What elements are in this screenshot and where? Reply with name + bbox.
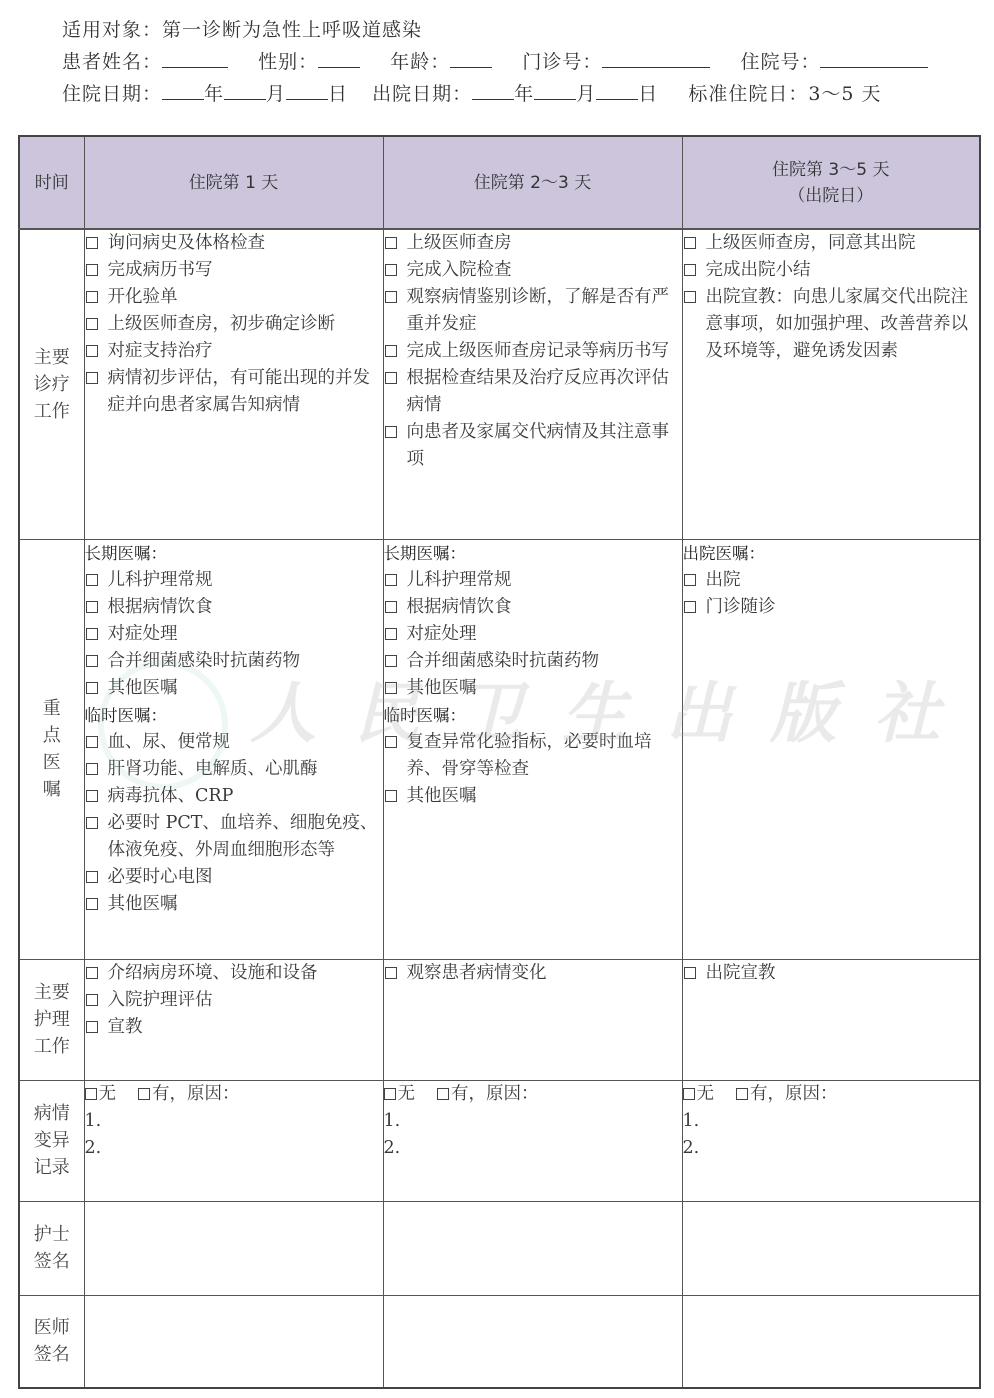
checklist-item[interactable]: 合并细菌感染时抗菌药物 — [85, 648, 383, 675]
checklist-item[interactable]: 合并细菌感染时抗菌药物 — [384, 648, 682, 675]
checklist-item[interactable]: 门诊随诊 — [683, 594, 980, 621]
checkbox-icon[interactable] — [384, 1088, 396, 1100]
admission-month-field[interactable] — [224, 79, 266, 100]
checkbox-icon[interactable] — [437, 1088, 449, 1100]
checklist-item[interactable]: 上级医师查房 — [384, 230, 682, 257]
diagnosis-day1: 询问病史及体格检查 完成病历书写 开化验单 上级医师查房，初步确定诊断 对症支持… — [84, 229, 383, 539]
checkbox-icon[interactable] — [684, 291, 696, 303]
checklist-item[interactable]: 病毒抗体、CRP — [85, 783, 383, 810]
nurse-signature-day1[interactable] — [84, 1201, 383, 1295]
outpatient-no-label: 门诊号： — [522, 46, 602, 78]
checklist-item[interactable]: 根据病情饮食 — [85, 594, 383, 621]
checkbox-icon[interactable] — [86, 264, 98, 276]
orders-day3: 出院医嘱： 出院 门诊随诊 — [682, 539, 980, 959]
variation-line-1[interactable]: 1. — [683, 1108, 980, 1135]
checklist-item[interactable]: 对症支持治疗 — [85, 338, 383, 365]
checklist-item[interactable]: 其他医嘱 — [85, 891, 383, 918]
patient-name-field[interactable] — [162, 47, 228, 68]
checklist-item[interactable]: 其他医嘱 — [384, 675, 682, 702]
checkbox-icon[interactable] — [684, 264, 696, 276]
variation-options: 无有，原因： — [683, 1081, 980, 1108]
doctor-signature-day2[interactable] — [383, 1295, 682, 1388]
checklist-item[interactable]: 观察患者病情变化 — [384, 960, 682, 987]
patient-name-label: 患者姓名： — [62, 46, 162, 78]
checkbox-icon[interactable] — [684, 237, 696, 249]
checklist-item[interactable]: 完成上级医师查房记录等病历书写 — [384, 338, 682, 365]
checklist-item[interactable]: 其他医嘱 — [85, 675, 383, 702]
pathway-intro: 适用对象：第一诊断为急性上呼吸道感染 患者姓名： 性别： 年龄： 门诊号： 住院… — [62, 14, 928, 110]
variation-line-2[interactable]: 2. — [683, 1135, 980, 1162]
diagnosis-day2: 上级医师查房 完成入院检查 观察病情鉴别诊断，了解是否有严重并发症 完成上级医师… — [383, 229, 682, 539]
checkbox-icon[interactable] — [385, 736, 397, 748]
checkbox-icon[interactable] — [385, 790, 397, 802]
checklist-item[interactable]: 出院宣教：向患儿家属交代出院注意事项，如加强护理、改善营养以及环境等，避免诱发因… — [683, 284, 980, 365]
checkbox-icon[interactable] — [86, 967, 98, 979]
row-label-nursing: 主要 护理 工作 — [19, 959, 84, 1080]
checkbox-icon[interactable] — [385, 372, 397, 384]
checkbox-icon[interactable] — [86, 345, 98, 357]
checkbox-icon[interactable] — [385, 601, 397, 613]
variation-none-option[interactable]: 无 — [683, 1081, 715, 1108]
variation-yes-option[interactable]: 有，原因： — [437, 1084, 539, 1104]
orders-day1: 长期医嘱： 儿科护理常规 根据病情饮食 对症处理 合并细菌感染时抗菌药物 其他医… — [84, 539, 383, 959]
checkbox-icon[interactable] — [86, 790, 98, 802]
checklist-item[interactable]: 儿科护理常规 — [85, 567, 383, 594]
discharge-date-label: 出院日期： — [372, 78, 472, 110]
checklist-item[interactable]: 开化验单 — [85, 284, 383, 311]
checklist-item[interactable]: 根据病情饮食 — [384, 594, 682, 621]
age-field[interactable] — [450, 47, 492, 68]
day-label: 日 — [638, 83, 658, 105]
checklist-item[interactable]: 病情初步评估，有可能出现的并发症并向患者家属告知病情 — [85, 365, 383, 419]
checklist-item[interactable]: 出院 — [683, 567, 980, 594]
standard-stay: 标准住院日：3～5 天 — [688, 78, 881, 110]
admission-day-field[interactable] — [286, 79, 328, 100]
row-orders: 重 点 医 嘱 长期医嘱： 儿科护理常规 根据病情饮食 对症处理 合并细菌感染时… — [19, 539, 980, 959]
discharge-day-field[interactable] — [596, 79, 638, 100]
discharge-year-field[interactable] — [472, 79, 514, 100]
checkbox-icon[interactable] — [385, 655, 397, 667]
checklist-item[interactable]: 肝肾功能、电解质、心肌酶 — [85, 756, 383, 783]
checkbox-icon[interactable] — [385, 682, 397, 694]
checkbox-icon[interactable] — [86, 898, 98, 910]
doctor-signature-day3[interactable] — [682, 1295, 980, 1388]
checklist-item[interactable]: 其他医嘱 — [384, 783, 682, 810]
checkbox-icon[interactable] — [385, 426, 397, 438]
header-day1: 住院第 1 天 — [84, 136, 383, 229]
checkbox-icon[interactable] — [86, 871, 98, 883]
sex-field[interactable] — [318, 47, 360, 68]
checkbox-icon[interactable] — [86, 318, 98, 330]
checklist-item[interactable]: 完成入院检查 — [384, 257, 682, 284]
checklist-item[interactable]: 上级医师查房，同意其出院 — [683, 230, 980, 257]
checklist-item[interactable]: 介绍病房环境、设施和设备 — [85, 960, 383, 987]
checklist-item[interactable]: 完成病历书写 — [85, 257, 383, 284]
header-day3: 住院第 3～5 天 （出院日） — [682, 136, 980, 229]
nursing-day1: 介绍病房环境、设施和设备 入院护理评估 宣教 — [84, 959, 383, 1080]
orders-day2: 长期医嘱： 儿科护理常规 根据病情饮食 对症处理 合并细菌感染时抗菌药物 其他医… — [383, 539, 682, 959]
row-label-doctor-signature: 医师 签名 — [19, 1295, 84, 1388]
checklist-item[interactable]: 儿科护理常规 — [384, 567, 682, 594]
checkbox-icon[interactable] — [385, 574, 397, 586]
row-nurse-signature: 护士 签名 — [19, 1201, 980, 1295]
nursing-day3: 出院宣教 — [682, 959, 980, 1080]
checklist-item[interactable]: 上级医师查房，初步确定诊断 — [85, 311, 383, 338]
nurse-signature-day2[interactable] — [383, 1201, 682, 1295]
checkbox-icon[interactable] — [86, 763, 98, 775]
checkbox-icon[interactable] — [683, 1088, 695, 1100]
row-variation: 病情 变异 记录 无有，原因： 1. 2. 无有，原因： 1. 2. 无有，原因… — [19, 1080, 980, 1201]
row-label-variation: 病情 变异 记录 — [19, 1080, 84, 1201]
variation-line-2[interactable]: 2. — [384, 1135, 682, 1162]
checkbox-icon[interactable] — [86, 628, 98, 640]
checkbox-icon[interactable] — [86, 1021, 98, 1033]
temporary-orders-title: 临时医嘱： — [384, 702, 682, 729]
month-label: 月 — [576, 83, 596, 105]
header-day3-subtitle: （出院日） — [683, 183, 980, 209]
sex-label: 性别： — [258, 46, 318, 78]
variation-day3: 无有，原因： 1. 2. — [682, 1080, 980, 1201]
clinical-pathway-table: 时间 住院第 1 天 住院第 2～3 天 住院第 3～5 天 （出院日） 主要 … — [18, 135, 981, 1389]
row-label-diagnosis: 主要 诊疗 工作 — [19, 229, 84, 539]
checkbox-icon[interactable] — [385, 264, 397, 276]
day-label: 日 — [328, 83, 348, 105]
checkbox-icon[interactable] — [385, 237, 397, 249]
long-term-orders-title: 长期医嘱： — [384, 540, 682, 567]
doctor-signature-day1[interactable] — [84, 1295, 383, 1388]
checklist-item[interactable]: 复查异常化验指标，必要时血培养、骨穿等检查 — [384, 729, 682, 783]
variation-options: 无有，原因： — [85, 1081, 383, 1108]
nursing-day2: 观察患者病情变化 — [383, 959, 682, 1080]
checkbox-icon[interactable] — [684, 574, 696, 586]
checklist-item[interactable]: 出院宣教 — [683, 960, 980, 987]
checkbox-icon[interactable] — [385, 345, 397, 357]
admission-date-label: 住院日期： — [62, 78, 162, 110]
discharge-orders-title: 出院医嘱： — [683, 540, 980, 567]
applicable-line: 适用对象：第一诊断为急性上呼吸道感染 — [62, 14, 928, 46]
checklist-item[interactable]: 必要时 PCT、血培养、细胞免疫、体液免疫、外周血细胞形态等 — [85, 810, 383, 864]
checklist-item[interactable]: 观察病情鉴别诊断，了解是否有严重并发症 — [384, 284, 682, 338]
header-row: 时间 住院第 1 天 住院第 2～3 天 住院第 3～5 天 （出院日） — [19, 136, 980, 229]
checkbox-icon[interactable] — [86, 237, 98, 249]
row-doctor-signature: 医师 签名 — [19, 1295, 980, 1388]
date-line: 住院日期：年月日 出院日期：年月日 标准住院日：3～5 天 — [62, 78, 928, 110]
long-term-orders-title: 长期医嘱： — [85, 540, 383, 567]
checklist-item[interactable]: 入院护理评估 — [85, 987, 383, 1014]
checkbox-icon[interactable] — [385, 967, 397, 979]
inpatient-no-label: 住院号： — [740, 46, 820, 78]
outpatient-no-field[interactable] — [602, 47, 710, 68]
checkbox-icon[interactable] — [86, 817, 98, 829]
checkbox-icon[interactable] — [138, 1088, 150, 1100]
row-label-nurse-signature: 护士 签名 — [19, 1201, 84, 1295]
admission-year-field[interactable] — [162, 79, 204, 100]
row-label-orders: 重 点 医 嘱 — [19, 539, 84, 959]
year-label: 年 — [204, 83, 224, 105]
checklist-item[interactable]: 宣教 — [85, 1014, 383, 1041]
inpatient-no-field[interactable] — [820, 47, 928, 68]
checkbox-icon[interactable] — [684, 601, 696, 613]
checkbox-icon[interactable] — [86, 601, 98, 613]
checkbox-icon[interactable] — [86, 655, 98, 667]
checkbox-icon[interactable] — [86, 736, 98, 748]
checkbox-icon[interactable] — [736, 1088, 748, 1100]
temporary-orders-title: 临时医嘱： — [85, 702, 383, 729]
discharge-month-field[interactable] — [534, 79, 576, 100]
variation-line-1[interactable]: 1. — [384, 1108, 682, 1135]
variation-line-2[interactable]: 2. — [85, 1135, 383, 1162]
variation-none-option[interactable]: 无 — [384, 1081, 416, 1108]
variation-none-option[interactable]: 无 — [85, 1081, 117, 1108]
checkbox-icon[interactable] — [86, 291, 98, 303]
checklist-item[interactable]: 血、尿、便常规 — [85, 729, 383, 756]
checklist-item[interactable]: 必要时心电图 — [85, 864, 383, 891]
row-nursing: 主要 护理 工作 介绍病房环境、设施和设备 入院护理评估 宣教 观察患者病情变化… — [19, 959, 980, 1080]
variation-options: 无有，原因： — [384, 1081, 682, 1108]
header-time: 时间 — [19, 136, 84, 229]
age-label: 年龄： — [390, 46, 450, 78]
diagnosis-day3: 上级医师查房，同意其出院 完成出院小结 出院宣教：向患儿家属交代出院注意事项，如… — [682, 229, 980, 539]
checkbox-icon[interactable] — [85, 1088, 97, 1100]
checkbox-icon[interactable] — [86, 994, 98, 1006]
header-day2: 住院第 2～3 天 — [383, 136, 682, 229]
checkbox-icon[interactable] — [86, 682, 98, 694]
checkbox-icon[interactable] — [684, 967, 696, 979]
year-label: 年 — [514, 83, 534, 105]
checklist-item[interactable]: 询问病史及体格检查 — [85, 230, 383, 257]
checklist-item[interactable]: 对症处理 — [85, 621, 383, 648]
nurse-signature-day3[interactable] — [682, 1201, 980, 1295]
checklist-item[interactable]: 向患者及家属交代病情及其注意事项 — [384, 419, 682, 473]
month-label: 月 — [266, 83, 286, 105]
checkbox-icon[interactable] — [385, 628, 397, 640]
checkbox-icon[interactable] — [86, 574, 98, 586]
checklist-item[interactable]: 对症处理 — [384, 621, 682, 648]
checklist-item[interactable]: 根据检查结果及治疗反应再次评估病情 — [384, 365, 682, 419]
checkbox-icon[interactable] — [385, 291, 397, 303]
variation-day2: 无有，原因： 1. 2. — [383, 1080, 682, 1201]
variation-yes-option[interactable]: 有，原因： — [736, 1084, 838, 1104]
variation-yes-option[interactable]: 有，原因： — [138, 1084, 240, 1104]
row-diagnosis: 主要 诊疗 工作 询问病史及体格检查 完成病历书写 开化验单 上级医师查房，初步… — [19, 229, 980, 539]
patient-info-line: 患者姓名： 性别： 年龄： 门诊号： 住院号： — [62, 46, 928, 78]
variation-day1: 无有，原因： 1. 2. — [84, 1080, 383, 1201]
checklist-item[interactable]: 完成出院小结 — [683, 257, 980, 284]
checkbox-icon[interactable] — [86, 372, 98, 384]
header-day3-title: 住院第 3～5 天 — [683, 157, 980, 183]
variation-line-1[interactable]: 1. — [85, 1108, 383, 1135]
